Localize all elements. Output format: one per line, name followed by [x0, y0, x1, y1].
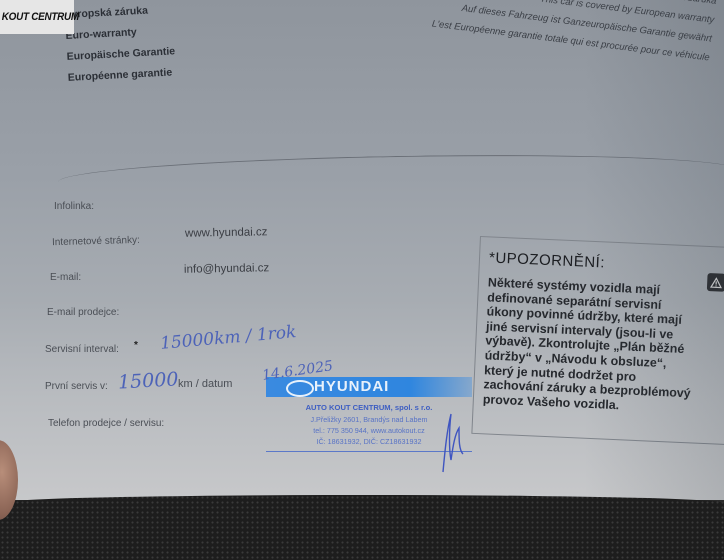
km-datum-label: km / datum [178, 378, 232, 390]
dealer-email-label: E-mail prodejce: [47, 307, 119, 318]
phone-label: Telefon prodejce / servisu: [48, 418, 164, 429]
notice-box: *UPOZORNĚNÍ: Některé systémy vozidla maj… [471, 236, 724, 446]
service-interval-label: Servisní interval: [45, 344, 119, 355]
notice-body: Některé systémy vozidla mají definované … [483, 275, 724, 417]
watermark-text: KOUT CENTRUM [0, 11, 79, 23]
warranty-descriptions: Na toto vozidlo je poskytnuta celoevrops… [431, 0, 718, 67]
handwritten-first-service-km: 15000 [117, 368, 179, 393]
seat-fabric-background [0, 495, 724, 560]
email-value: info@hyundai.cz [184, 262, 269, 275]
web-value: www.hyundai.cz [185, 226, 268, 239]
service-booklet-page: Evropská záruka Euro-warranty Europäisch… [0, 0, 724, 500]
section-divider [58, 150, 724, 203]
asterisk: * [134, 340, 138, 351]
watermark-badge: KOUT CENTRUM [0, 0, 74, 34]
email-label: E-mail: [50, 272, 81, 283]
hyundai-logo-icon [286, 380, 314, 397]
warranty-title-fr: Européenne garantie [67, 62, 176, 89]
warranty-titles: Evropská záruka Euro-warranty Europäisch… [64, 0, 177, 89]
first-service-label: První servis v: [45, 381, 108, 392]
notice-title: *UPOZORNĚNÍ: [489, 249, 606, 271]
infolinka-label: Infolinka: [54, 201, 94, 212]
signature [437, 410, 467, 474]
stamp-brand-band: HYUNDAI [266, 377, 472, 397]
handwritten-service-interval: 15000km / 1rok [159, 322, 297, 354]
stamp-brand: HYUNDAI [314, 378, 389, 395]
web-label: Internetové stránky: [52, 235, 140, 248]
